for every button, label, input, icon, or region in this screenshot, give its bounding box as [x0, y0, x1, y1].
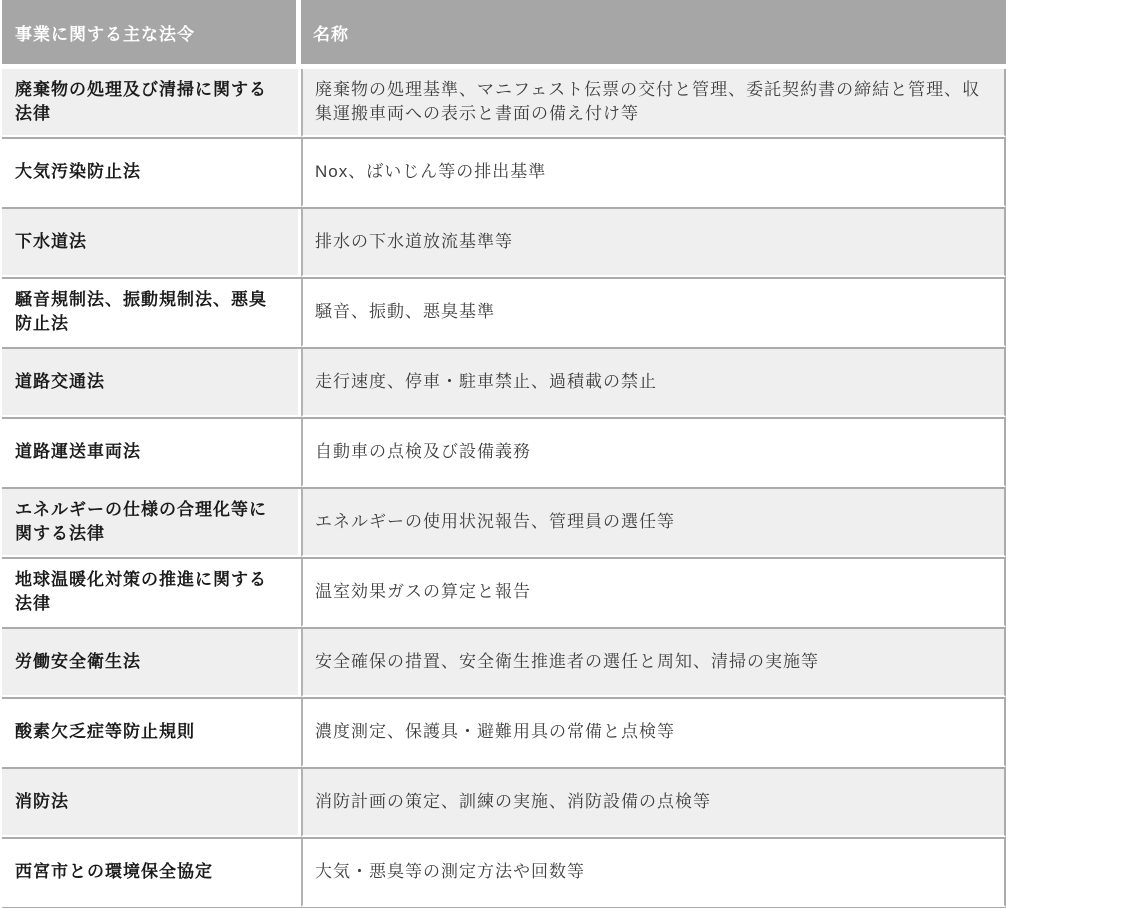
law-cell: 廃棄物の処理及び清掃に関する法律 — [2, 69, 301, 137]
law-cell: 大気汚染防止法 — [2, 139, 301, 207]
law-cell: エネルギーの仕様の合理化等に関する法律 — [2, 489, 301, 557]
header-cell-name: 名称 — [301, 0, 1006, 64]
law-cell: 地球温暖化対策の推進に関する法律 — [2, 559, 301, 627]
name-cell: 自動車の点検及び設備義務 — [301, 419, 1006, 487]
name-cell: エネルギーの使用状況報告、管理員の選任等 — [301, 489, 1006, 557]
name-cell: 消防計画の策定、訓練の実施、消防設備の点検等 — [301, 769, 1006, 837]
name-cell: 騒音、振動、悪臭基準 — [301, 279, 1006, 347]
name-cell: 安全確保の措置、安全衛生推進者の選任と周知、清掃の実施等 — [301, 629, 1006, 697]
name-cell: 排水の下水道放流基準等 — [301, 209, 1006, 277]
table-row: 消防法 消防計画の策定、訓練の実施、消防設備の点検等 — [2, 769, 1006, 839]
law-cell: 消防法 — [2, 769, 301, 837]
law-cell: 下水道法 — [2, 209, 301, 277]
laws-table: 事業に関する主な法令 名称 廃棄物の処理及び清掃に関する法律 廃棄物の処理基準、… — [2, 0, 1006, 908]
table-row: 西宮市との環境保全協定 大気・悪臭等の測定方法や回数等 — [2, 839, 1006, 908]
table-row: 地球温暖化対策の推進に関する法律 温室効果ガスの算定と報告 — [2, 559, 1006, 629]
table-row: 酸素欠乏症等防止規則 濃度測定、保護具・避難用具の常備と点検等 — [2, 699, 1006, 769]
law-cell: 騒音規制法、振動規制法、悪臭防止法 — [2, 279, 301, 347]
table-row: 道路運送車両法 自動車の点検及び設備義務 — [2, 419, 1006, 489]
table-body: 廃棄物の処理及び清掃に関する法律 廃棄物の処理基準、マニフェスト伝票の交付と管理… — [2, 69, 1006, 908]
law-cell: 道路運送車両法 — [2, 419, 301, 487]
name-cell: 廃棄物の処理基準、マニフェスト伝票の交付と管理、委託契約書の締結と管理、収集運搬… — [301, 69, 1006, 137]
header-cell-law: 事業に関する主な法令 — [2, 0, 301, 64]
table-row: 下水道法 排水の下水道放流基準等 — [2, 209, 1006, 279]
table-row: エネルギーの仕様の合理化等に関する法律 エネルギーの使用状況報告、管理員の選任等 — [2, 489, 1006, 559]
table-row: 大気汚染防止法 Nox、ばいじん等の排出基準 — [2, 139, 1006, 209]
name-cell: 走行速度、停車・駐車禁止、過積載の禁止 — [301, 349, 1006, 417]
table-row: 騒音規制法、振動規制法、悪臭防止法 騒音、振動、悪臭基準 — [2, 279, 1006, 349]
name-cell: 濃度測定、保護具・避難用具の常備と点検等 — [301, 699, 1006, 767]
name-cell: Nox、ばいじん等の排出基準 — [301, 139, 1006, 207]
table-header-row: 事業に関する主な法令 名称 — [2, 0, 1006, 69]
name-cell: 温室効果ガスの算定と報告 — [301, 559, 1006, 627]
table-row: 道路交通法 走行速度、停車・駐車禁止、過積載の禁止 — [2, 349, 1006, 419]
table-row: 廃棄物の処理及び清掃に関する法律 廃棄物の処理基準、マニフェスト伝票の交付と管理… — [2, 69, 1006, 139]
table-row: 労働安全衛生法 安全確保の措置、安全衛生推進者の選任と周知、清掃の実施等 — [2, 629, 1006, 699]
name-cell: 大気・悪臭等の測定方法や回数等 — [301, 839, 1006, 907]
page-canvas: 事業に関する主な法令 名称 廃棄物の処理及び清掃に関する法律 廃棄物の処理基準、… — [0, 0, 1121, 908]
law-cell: 西宮市との環境保全協定 — [2, 839, 301, 907]
law-cell: 労働安全衛生法 — [2, 629, 301, 697]
law-cell: 酸素欠乏症等防止規則 — [2, 699, 301, 767]
law-cell: 道路交通法 — [2, 349, 301, 417]
